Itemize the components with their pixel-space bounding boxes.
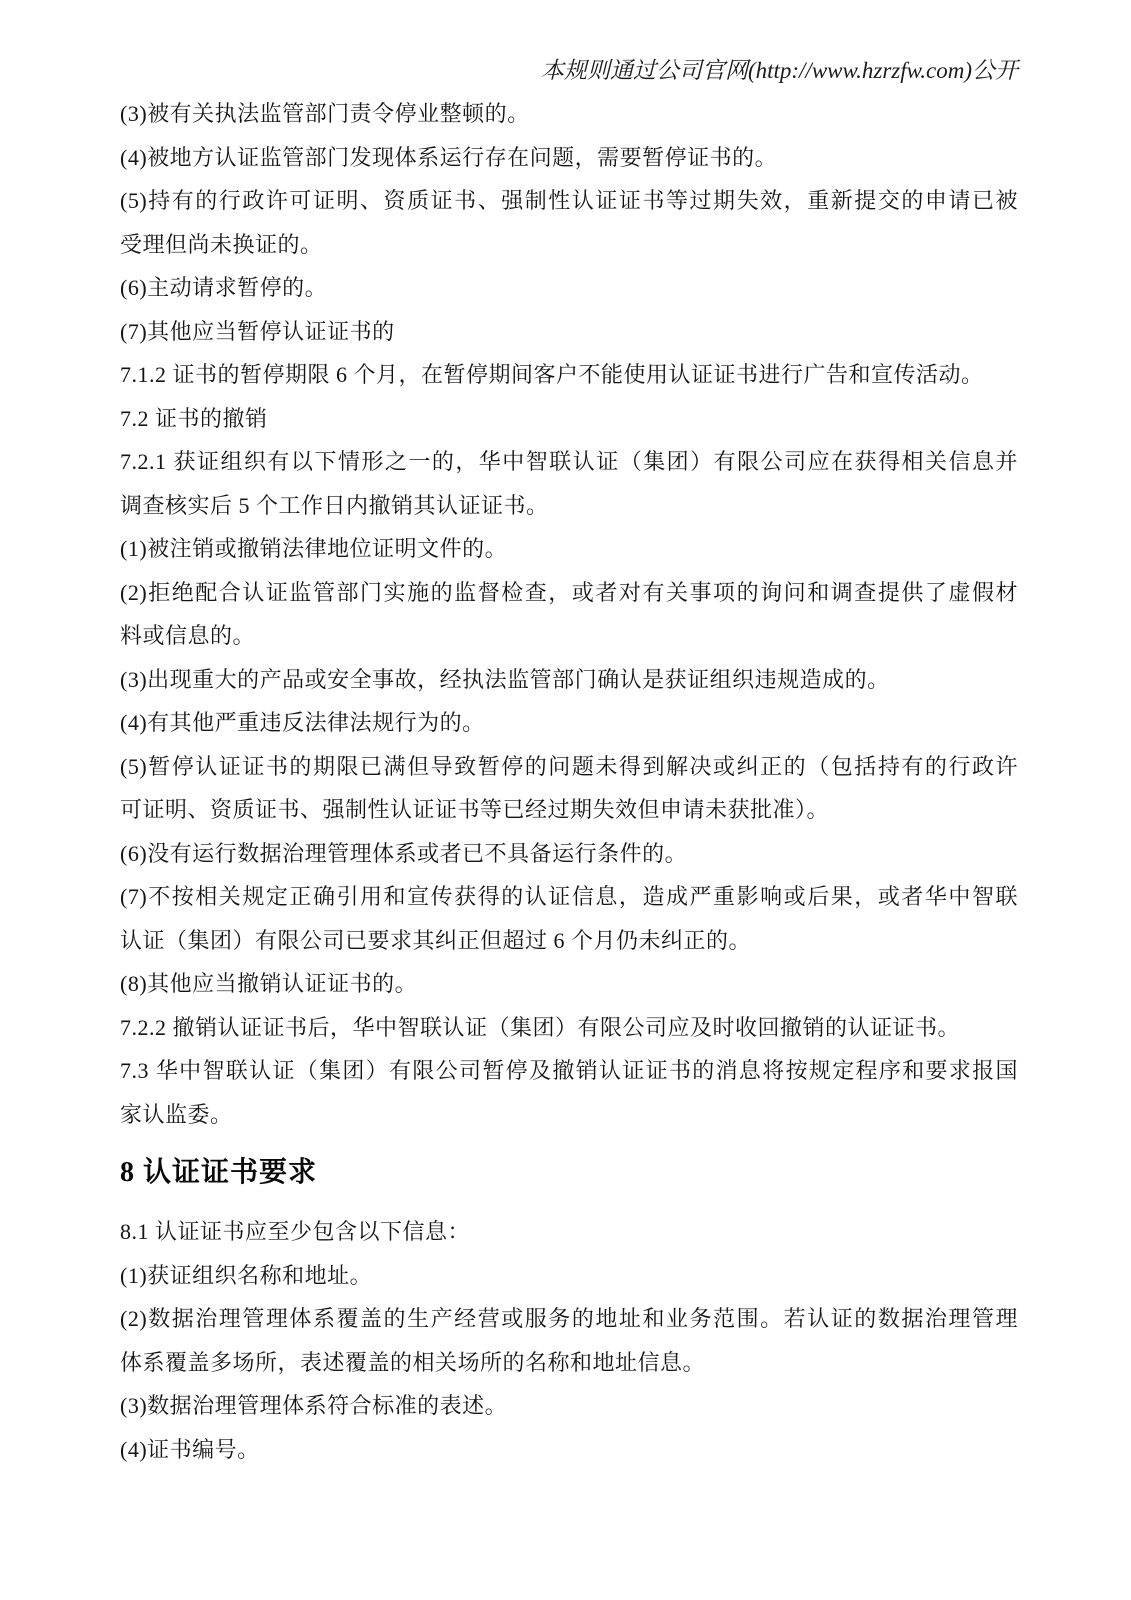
text-line: 可证明、资质证书、强制性认证证书等已经过期失效但申请未获批准）。 [120, 788, 1018, 832]
text-line: 受理但尚未换证的。 [120, 223, 1018, 267]
text-line: 8.1 认证证书应至少包含以下信息： [120, 1210, 1018, 1254]
page-header-note: 本规则通过公司官网(http://www.hzrzfw.com)公开 [120, 56, 1018, 86]
text-line: (4)证书编号。 [120, 1428, 1018, 1472]
text-line: 料或信息的。 [120, 614, 1018, 658]
text-line: 7.2.1 获证组织有以下情形之一的，华中智联认证（集团）有限公司应在获得相关信… [120, 440, 1018, 484]
text-line: 7.2 证书的撤销 [120, 397, 1018, 441]
text-line: (2)数据治理管理体系覆盖的生产经营或服务的地址和业务范围。若认证的数据治理管理 [120, 1297, 1018, 1341]
document-page: 本规则通过公司官网(http://www.hzrzfw.com)公开 (3)被有… [0, 0, 1131, 1600]
document-body: (3)被有关执法监管部门责令停业整顿的。 (4)被地方认证监管部门发现体系运行存… [120, 92, 1018, 1471]
text-line: 认证（集团）有限公司已要求其纠正但超过 6 个月仍未纠正的。 [120, 919, 1018, 963]
text-line: 调查核实后 5 个工作日内撤销其认证证书。 [120, 484, 1018, 528]
text-line: (8)其他应当撤销认证证书的。 [120, 962, 1018, 1006]
text-line: (5)暂停认证证书的期限已满但导致暂停的问题未得到解决或纠正的（包括持有的行政许 [120, 745, 1018, 789]
text-line: 7.2.2 撤销认证证书后，华中智联认证（集团）有限公司应及时收回撤销的认证证书… [120, 1006, 1018, 1050]
section-heading-certificate-requirements: 8 认证证书要求 [120, 1136, 1018, 1210]
text-line: 7.1.2 证书的暂停期限 6 个月，在暂停期间客户不能使用认证证书进行广告和宣… [120, 353, 1018, 397]
text-line: 7.3 华中智联认证（集团）有限公司暂停及撤销认证证书的消息将按规定程序和要求报… [120, 1049, 1018, 1093]
text-line: (6)没有运行数据治理管理体系或者已不具备运行条件的。 [120, 832, 1018, 876]
text-line: (5)持有的行政许可证明、资质证书、强制性认证证书等过期失效，重新提交的申请已被 [120, 179, 1018, 223]
text-line: (7)其他应当暂停认证证书的 [120, 310, 1018, 354]
text-line: (3)被有关执法监管部门责令停业整顿的。 [120, 92, 1018, 136]
text-line: 体系覆盖多场所，表述覆盖的相关场所的名称和地址信息。 [120, 1341, 1018, 1385]
text-line: (6)主动请求暂停的。 [120, 266, 1018, 310]
text-line: (4)被地方认证监管部门发现体系运行存在问题，需要暂停证书的。 [120, 136, 1018, 180]
text-line: (4)有其他严重违反法律法规行为的。 [120, 701, 1018, 745]
text-line: (2)拒绝配合认证监管部门实施的监督检查，或者对有关事项的询问和调查提供了虚假材 [120, 571, 1018, 615]
text-line: (1)获证组织名称和地址。 [120, 1254, 1018, 1298]
text-line: (7)不按相关规定正确引用和宣传获得的认证信息，造成严重影响或后果，或者华中智联 [120, 875, 1018, 919]
text-line: 家认监委。 [120, 1093, 1018, 1137]
text-line: (1)被注销或撤销法律地位证明文件的。 [120, 527, 1018, 571]
text-line: (3)数据治理管理体系符合标准的表述。 [120, 1384, 1018, 1428]
text-line: (3)出现重大的产品或安全事故，经执法监管部门确认是获证组织违规造成的。 [120, 658, 1018, 702]
